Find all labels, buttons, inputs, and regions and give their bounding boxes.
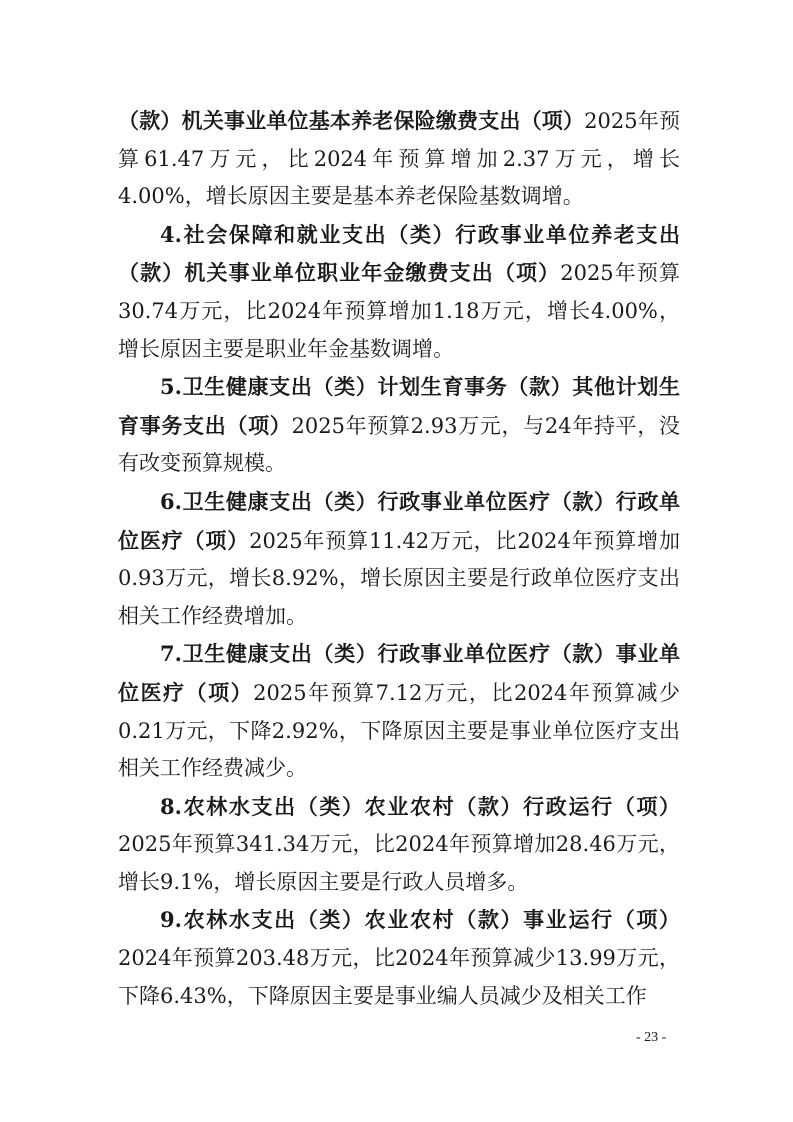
page-number: - 23 - [636,1030,666,1046]
paragraph-heading: 8.农林水支出（类）农业农村（款）行政运行（项） [160,794,680,819]
paragraph-pension-contribution: （款）机关事业单位基本养老保险缴费支出（项）2025年预算61.47万元，比20… [118,102,680,216]
paragraph-agri-institution-operation: 9.农林水支出（类）农业农村（款）事业运行（项）2024年预算203.48万元，… [118,901,680,1015]
paragraph-heading: 9.农林水支出（类）农业农村（款）事业运行（项） [160,907,680,932]
paragraph-heading: （款）机关事业单位基本养老保险缴费支出（项） [118,108,584,133]
paragraph-institution-medical: 7.卫生健康支出（类）行政事业单位医疗（款）事业单位医疗（项）2025年预算7.… [118,635,680,787]
paragraph-agri-admin-operation: 8.农林水支出（类）农业农村（款）行政运行（项）2025年预算341.34万元，… [118,788,680,902]
paragraph-family-planning: 5.卫生健康支出（类）计划生育事务（款）其他计划生育事务支出（项）2025年预算… [118,368,680,483]
paragraph-body: 2025年预算341.34万元，比2024年预算增加28.46万元，增长9.1%… [118,832,680,894]
paragraph-admin-medical: 6.卫生健康支出（类）行政事业单位医疗（款）行政单位医疗（项）2025年预算11… [118,483,680,635]
document-page-body: （款）机关事业单位基本养老保险缴费支出（项）2025年预算61.47万元，比20… [118,102,680,1015]
paragraph-body: 2024年预算203.48万元，比2024年预算减少13.99万元，下降6.43… [118,946,680,1008]
paragraph-occupational-annuity: 4.社会保障和就业支出（类）行政事业单位养老支出（款）机关事业单位职业年金缴费支… [118,216,680,368]
